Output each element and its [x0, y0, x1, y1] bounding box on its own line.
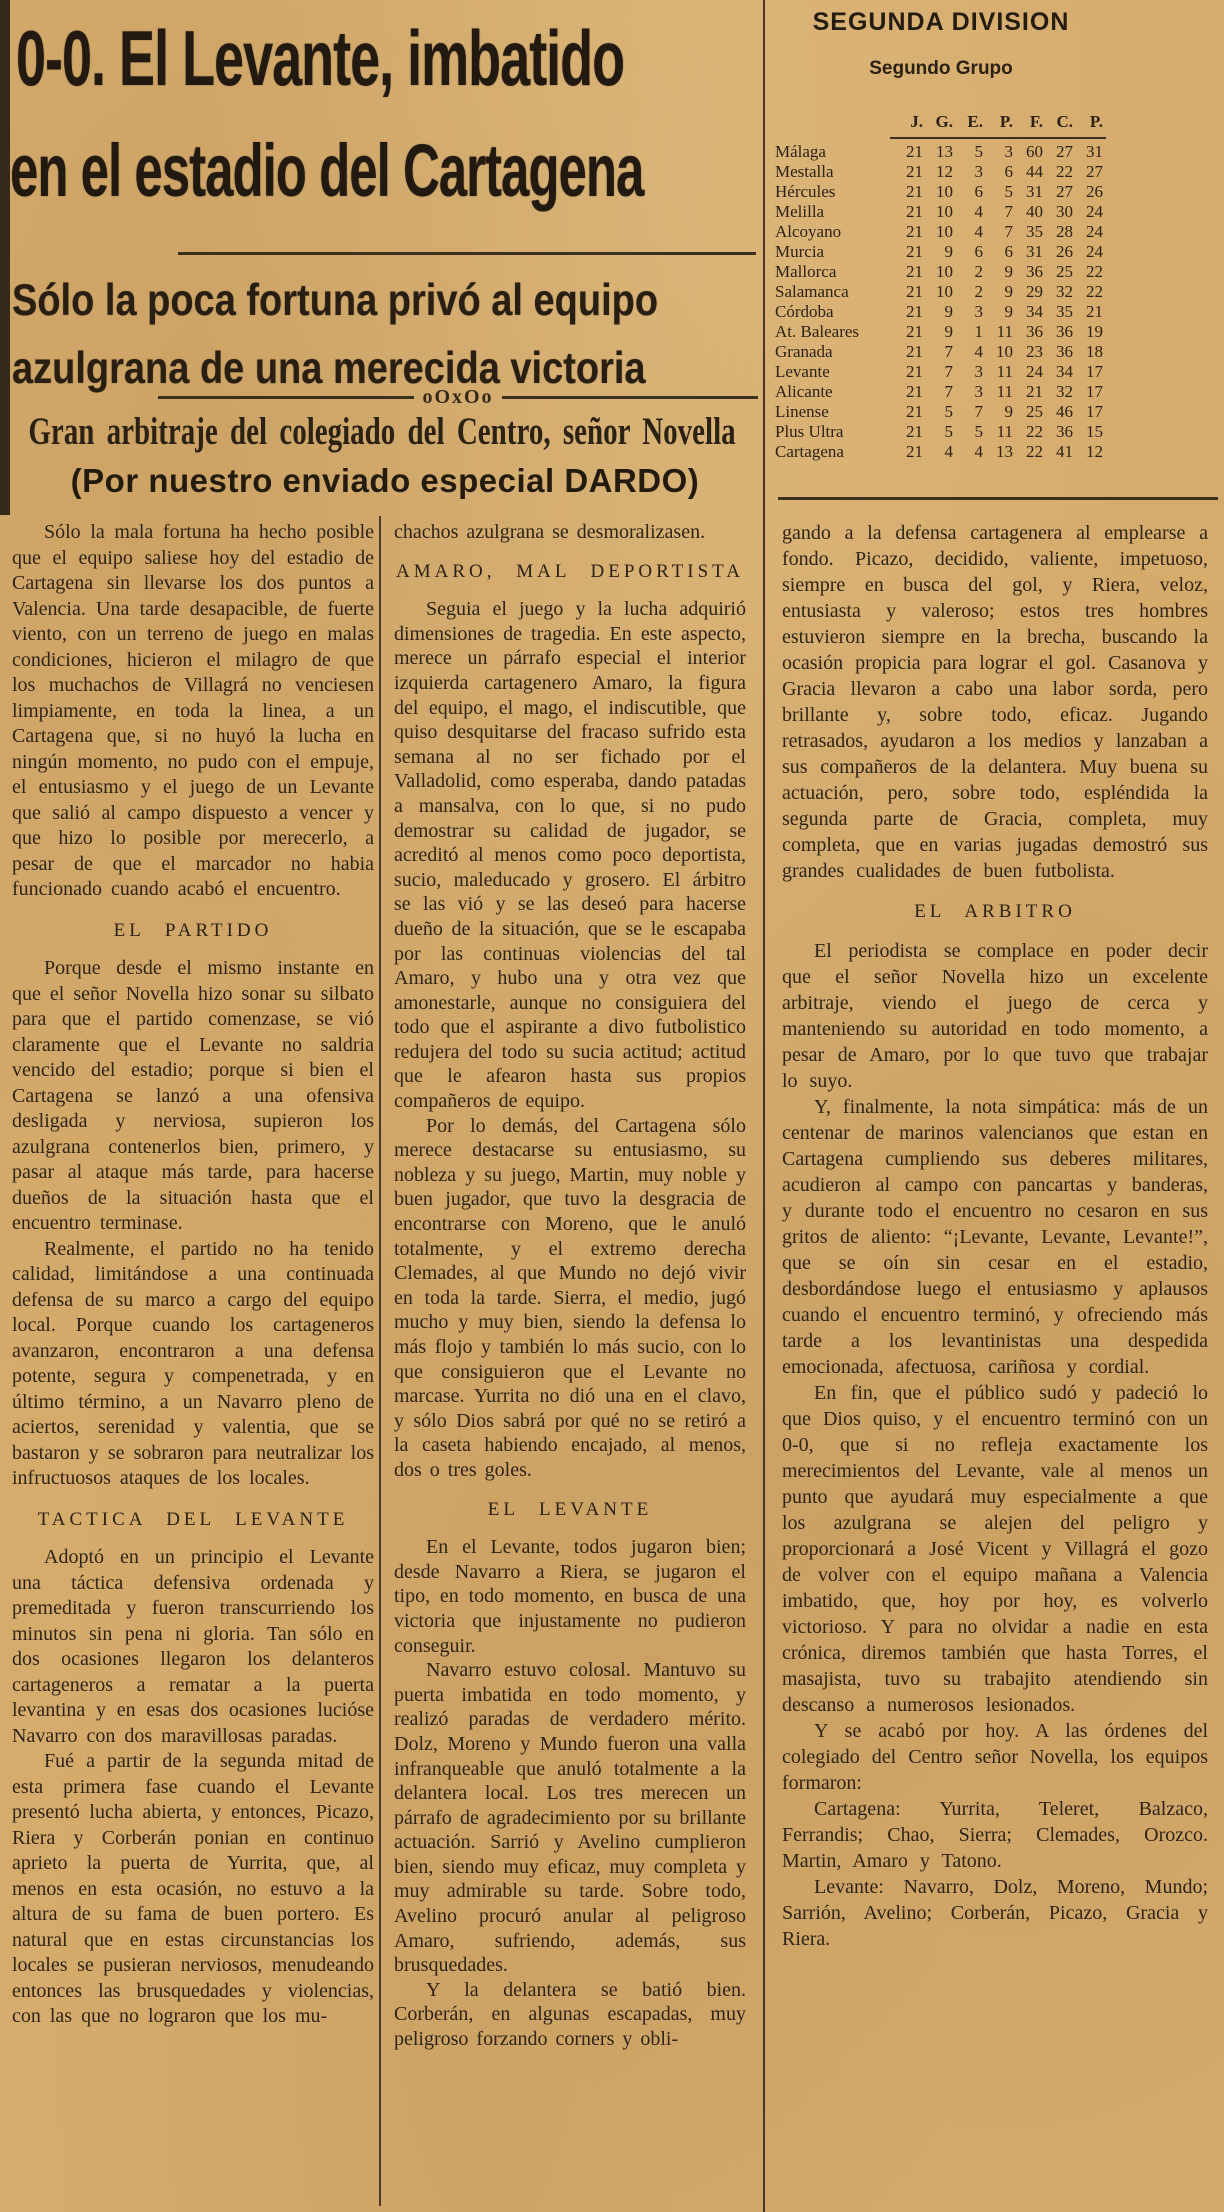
stat-value: 15 [1073, 422, 1103, 442]
standings-column-header: E. [953, 112, 983, 132]
stat-value: 36 [1013, 322, 1043, 342]
standings-row: Salamanca211029293222 [775, 282, 1107, 302]
stat-value: 34 [1043, 362, 1073, 382]
stat-value: 3 [983, 142, 1013, 162]
team-name: Plus Ultra [775, 422, 893, 442]
stat-value: 11 [983, 382, 1013, 402]
standings-header-row: J.G.E.P.F.C.P. [775, 112, 1107, 132]
paragraph: Y la delantera se batió bien. Corberán, … [394, 1978, 746, 2052]
stat-value: 9 [983, 262, 1013, 282]
stat-value: 9 [923, 322, 953, 342]
team-name: Levante [775, 362, 893, 382]
standings-row: Mestalla211236442227 [775, 162, 1107, 182]
standings-table: Málaga211353602731Mestalla211236442227Hé… [775, 142, 1107, 462]
standings-group: Segundo Grupo [775, 58, 1107, 80]
stat-value: 21 [893, 182, 923, 202]
stat-value: 24 [1013, 362, 1043, 382]
standings-header-rule [890, 137, 1106, 139]
byline: (Por nuestro enviado especial DARDO) [40, 462, 730, 500]
stat-value: 21 [893, 362, 923, 382]
stat-value: 10 [923, 262, 953, 282]
stat-value: 5 [953, 422, 983, 442]
stat-value: 1 [953, 322, 983, 342]
paragraph: gando a la defensa cartagenera al emplea… [782, 520, 1208, 884]
stat-value: 10 [923, 202, 953, 222]
stat-value: 6 [953, 242, 983, 262]
team-name: Cartagena [775, 442, 893, 462]
stat-value: 21 [893, 302, 923, 322]
stat-value: 18 [1073, 342, 1103, 362]
paragraph: chachos azulgrana se desmoralizasen. [394, 520, 746, 545]
stat-value: 36 [1043, 422, 1073, 442]
standings-column-header: C. [1043, 112, 1073, 132]
standings-column-header: P. [1073, 112, 1103, 132]
stat-value: 22 [1073, 262, 1103, 282]
team-name: Granada [775, 342, 893, 362]
standings-row: Linense21579254617 [775, 402, 1107, 422]
standings-row: Málaga211353602731 [775, 142, 1107, 162]
stat-value: 9 [923, 302, 953, 322]
stat-value: 4 [953, 342, 983, 362]
stat-value: 24 [1073, 222, 1103, 242]
stat-value: 3 [953, 302, 983, 322]
stat-value: 4 [953, 202, 983, 222]
stat-value: 11 [983, 362, 1013, 382]
paragraph: El periodista se complace en poder decir… [782, 938, 1208, 1094]
stat-value: 35 [1013, 222, 1043, 242]
standings-row: Plus Ultra215511223615 [775, 422, 1107, 442]
stat-value: 21 [893, 282, 923, 302]
team-name: Málaga [775, 142, 893, 162]
stat-value: 22 [1043, 162, 1073, 182]
standings-column-header: G. [923, 112, 953, 132]
standings-row: Murcia21966312624 [775, 242, 1107, 262]
headline-rule [178, 252, 756, 255]
stat-value: 21 [893, 402, 923, 422]
vertical-divider-columns [379, 516, 381, 2206]
stat-value: 21 [1073, 302, 1103, 322]
paragraph: Por lo demás, del Cartagena sólo merece … [394, 1114, 746, 1483]
team-name: Córdoba [775, 302, 893, 322]
team-name: Melilla [775, 202, 893, 222]
paragraph: Porque desde el mismo instante en que el… [12, 956, 374, 1237]
standings-row: At. Baleares219111363619 [775, 322, 1107, 342]
stat-value: 30 [1043, 202, 1073, 222]
stat-value: 34 [1013, 302, 1043, 322]
stat-value: 7 [923, 342, 953, 362]
stat-value: 12 [923, 162, 953, 182]
stat-value: 21 [893, 382, 923, 402]
ornament-line-left [158, 396, 414, 399]
stat-value: 28 [1043, 222, 1073, 242]
stat-value: 36 [1013, 262, 1043, 282]
newspaper-page: 0-0. El Levante, imbatido en el estadio … [0, 0, 1224, 2212]
stat-value: 5 [923, 422, 953, 442]
paragraph: Navarro estuvo colosal. Mantuvo su puert… [394, 1658, 746, 1978]
stat-value: 24 [1073, 202, 1103, 222]
team-name: Alcoyano [775, 222, 893, 242]
stat-value: 27 [1073, 162, 1103, 182]
stat-value: 35 [1043, 302, 1073, 322]
stat-value: 5 [983, 182, 1013, 202]
stat-value: 7 [923, 362, 953, 382]
paragraph: Seguia el juego y la lucha adquirió dime… [394, 597, 746, 1113]
stat-value: 40 [1013, 202, 1043, 222]
team-name: Salamanca [775, 282, 893, 302]
stat-value: 19 [1073, 322, 1103, 342]
section-heading: EL ARBITRO [782, 899, 1208, 925]
stat-value: 10 [923, 222, 953, 242]
stat-value: 5 [923, 402, 953, 422]
stat-value: 4 [953, 222, 983, 242]
stat-value: 22 [1013, 422, 1043, 442]
stat-value: 24 [1073, 242, 1103, 262]
headline-line1: 0-0. El Levante, imbatido [16, 14, 624, 104]
standings-header-spacer [775, 112, 893, 132]
stat-value: 11 [983, 322, 1013, 342]
stat-value: 3 [953, 162, 983, 182]
article-column-1: Sólo la mala fortuna ha hecho posible qu… [12, 520, 374, 2212]
ornament-line-right [502, 396, 758, 399]
stat-value: 27 [1043, 182, 1073, 202]
article-column-2: chachos azulgrana se desmoralizasen.AMAR… [394, 520, 746, 2212]
vertical-divider-main [763, 0, 765, 2212]
stat-value: 3 [953, 362, 983, 382]
stat-value: 10 [983, 342, 1013, 362]
stat-value: 10 [923, 182, 953, 202]
stat-value: 26 [1073, 182, 1103, 202]
stat-value: 36 [1043, 342, 1073, 362]
stat-value: 60 [1013, 142, 1043, 162]
stat-value: 23 [1013, 342, 1043, 362]
stat-value: 17 [1073, 402, 1103, 422]
stat-value: 7 [923, 382, 953, 402]
ornament-glyphs: oOxOo [414, 386, 501, 409]
stat-value: 11 [983, 422, 1013, 442]
section-heading: EL LEVANTE [394, 1498, 746, 1523]
standings-row: Hércules211065312726 [775, 182, 1107, 202]
headline-line2: en el estadio del Cartagena [10, 128, 643, 214]
article-column-3: gando a la defensa cartagenera al emplea… [782, 520, 1208, 2212]
standings-column-header: F. [1013, 112, 1043, 132]
stat-value: 21 [893, 242, 923, 262]
paragraph: Adoptó en un principio el Levante una tá… [12, 1545, 374, 1749]
standings-title: SEGUNDA DIVISION [775, 8, 1107, 37]
stat-value: 21 [1013, 382, 1043, 402]
paragraph: En fin, que el público sudó y padeció lo… [782, 1380, 1208, 1718]
subhead-line1: Sólo la poca fortuna privó al equipo [12, 276, 760, 327]
standings-row: Mallorca211029362522 [775, 262, 1107, 282]
stat-value: 4 [953, 442, 983, 462]
standings-row: Levante217311243417 [775, 362, 1107, 382]
standings-column-header: J. [893, 112, 923, 132]
stat-value: 6 [983, 162, 1013, 182]
team-name: At. Baleares [775, 322, 893, 342]
standings-row: Granada217410233618 [775, 342, 1107, 362]
stat-value: 7 [983, 222, 1013, 242]
section-heading: TACTICA DEL LEVANTE [12, 1507, 374, 1533]
stat-value: 21 [893, 142, 923, 162]
stat-value: 32 [1043, 282, 1073, 302]
stat-value: 5 [953, 142, 983, 162]
stat-value: 7 [983, 202, 1013, 222]
stat-value: 6 [953, 182, 983, 202]
stat-value: 27 [1043, 142, 1073, 162]
stat-value: 10 [923, 282, 953, 302]
team-name: Hércules [775, 182, 893, 202]
team-name: Alicante [775, 382, 893, 402]
stat-value: 13 [923, 142, 953, 162]
stat-value: 17 [1073, 362, 1103, 382]
stat-value: 31 [1013, 242, 1043, 262]
stat-value: 22 [1013, 442, 1043, 462]
stat-value: 31 [1013, 182, 1043, 202]
section-heading: AMARO, MAL DEPORTISTA [394, 560, 746, 585]
stat-value: 9 [983, 402, 1013, 422]
stat-value: 21 [893, 202, 923, 222]
stat-value: 9 [923, 242, 953, 262]
stat-value: 22 [1073, 282, 1103, 302]
stat-value: 21 [893, 442, 923, 462]
stat-value: 3 [953, 382, 983, 402]
stat-value: 21 [893, 222, 923, 242]
team-name: Linense [775, 402, 893, 422]
stat-value: 2 [953, 282, 983, 302]
standings-bottom-rule [778, 497, 1218, 500]
standings-column-header: P. [983, 112, 1013, 132]
stat-value: 26 [1043, 242, 1073, 262]
stat-value: 21 [893, 322, 923, 342]
stat-value: 25 [1013, 402, 1043, 422]
kicker-headline: Gran arbitraje del colegiado del Centro,… [4, 410, 760, 455]
standings-row: Alcoyano211047352824 [775, 222, 1107, 242]
stat-value: 21 [893, 162, 923, 182]
stat-value: 2 [953, 262, 983, 282]
stat-value: 21 [893, 422, 923, 442]
stat-value: 12 [1073, 442, 1103, 462]
section-heading: EL PARTIDO [12, 918, 374, 944]
paragraph: Fué a partir de la segunda mitad de esta… [12, 1749, 374, 2030]
standings-row: Alicante217311213217 [775, 382, 1107, 402]
stat-value: 4 [923, 442, 953, 462]
stat-value: 25 [1043, 262, 1073, 282]
paragraph: Cartagena: Yurrita, Teleret, Balzaco, Fe… [782, 1796, 1208, 1874]
paragraph: Y, finalmente, la nota simpática: más de… [782, 1094, 1208, 1380]
paragraph: En el Levante, todos jugaron bien; desde… [394, 1535, 746, 1658]
stat-value: 41 [1043, 442, 1073, 462]
stat-value: 29 [1013, 282, 1043, 302]
standings-row: Melilla211047403024 [775, 202, 1107, 222]
paragraph: Y se acabó por hoy. A las órdenes del co… [782, 1718, 1208, 1796]
team-name: Murcia [775, 242, 893, 262]
stat-value: 44 [1013, 162, 1043, 182]
stat-value: 6 [983, 242, 1013, 262]
stat-value: 31 [1073, 142, 1103, 162]
standings-row: Córdoba21939343521 [775, 302, 1107, 322]
stat-value: 21 [893, 262, 923, 282]
stat-value: 13 [983, 442, 1013, 462]
stat-value: 32 [1043, 382, 1073, 402]
standings-row: Cartagena214413224112 [775, 442, 1107, 462]
stat-value: 46 [1043, 402, 1073, 422]
paragraph: Levante: Navarro, Dolz, Moreno, Mundo; S… [782, 1874, 1208, 1952]
team-name: Mestalla [775, 162, 893, 182]
paragraph: Realmente, el partido no ha tenido calid… [12, 1237, 374, 1492]
team-name: Mallorca [775, 262, 893, 282]
stat-value: 17 [1073, 382, 1103, 402]
stat-value: 36 [1043, 322, 1073, 342]
stat-value: 7 [953, 402, 983, 422]
paragraph: Sólo la mala fortuna ha hecho posible qu… [12, 520, 374, 903]
stat-value: 9 [983, 282, 1013, 302]
ornament-divider: oOxOo [158, 386, 758, 409]
stat-value: 9 [983, 302, 1013, 322]
stat-value: 21 [893, 342, 923, 362]
